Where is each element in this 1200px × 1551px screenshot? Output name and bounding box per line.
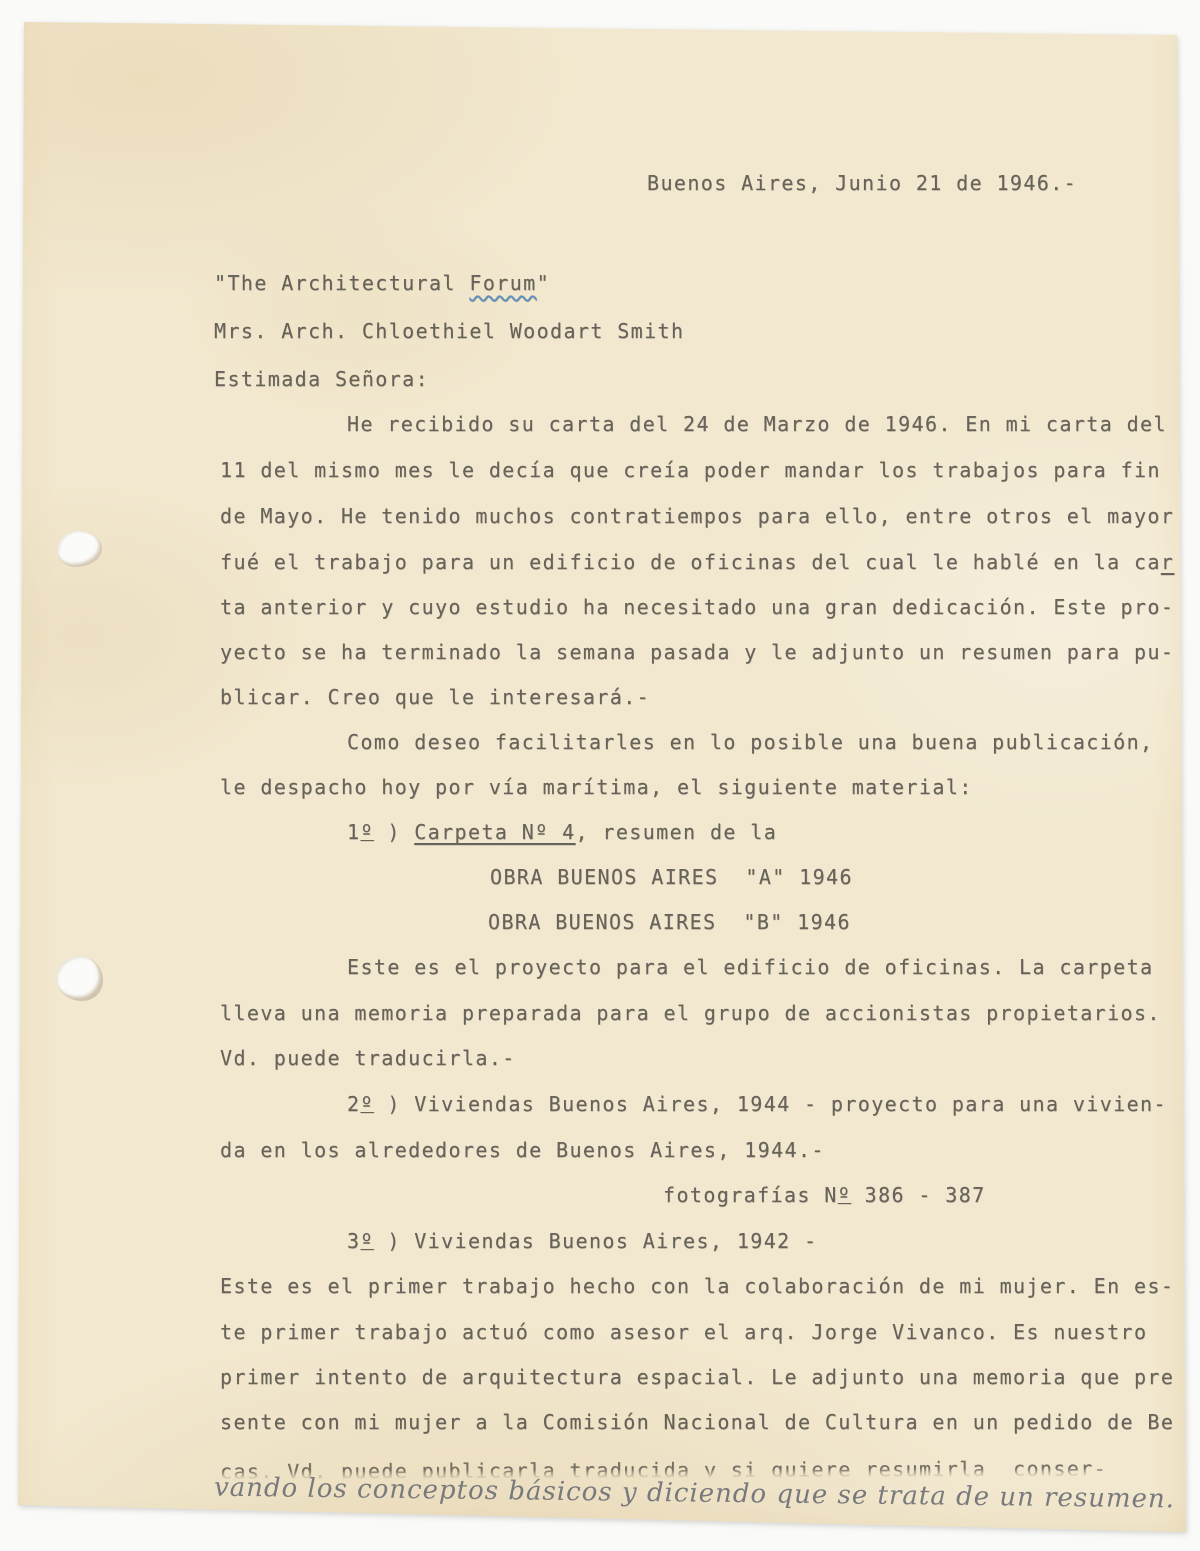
text-segment: 11 del mismo mes le decía que creía pode… (220, 458, 1161, 482)
letter-line: blicar. Creo que le interesará.- (220, 686, 650, 709)
letter-line: 2º ) Viviendas Buenos Aires, 1944 - proy… (347, 1093, 1167, 1116)
text-segment: , resumen de la (576, 820, 778, 844)
text-segment: lleva una memoria preparada para el grup… (220, 1001, 1161, 1025)
paper-shadow: Buenos Aires, Junio 21 de 1946.-"The Arc… (0, 0, 1200, 1551)
letter-line: sente con mi mujer a la Comisión Naciona… (220, 1411, 1174, 1434)
text-segment: Estimada Señora: (214, 367, 429, 391)
text-segment: yecto se ha terminado la semana pasada y… (220, 640, 1174, 664)
letter-line: primer intento de arquitectura espacial.… (220, 1366, 1174, 1389)
text-segment: fotografías N (663, 1183, 838, 1207)
letter-line: OBRA BUENOS AIRES "A" 1946 (490, 866, 853, 889)
text-segment: Este es el proyecto para el edificio de … (347, 955, 1153, 979)
letter-line: yecto se ha terminado la semana pasada y… (220, 641, 1174, 664)
recipient-name: Mrs. Arch. Chloethiel Woodart Smith (214, 320, 684, 343)
text-segment: Este es el primer trabajo hecho con la c… (220, 1274, 1174, 1298)
text-segment: Carpeta Nº 4 (414, 820, 575, 844)
text-segment: te primer trabajo actuó como asesor el a… (220, 1320, 1147, 1344)
text-segment: sente con mi mujer a la Comisión Naciona… (220, 1410, 1174, 1434)
salutation: Estimada Señora: (214, 368, 429, 391)
text-segment: 2 (347, 1092, 360, 1116)
letter-line: Como deseo facilitarles en lo posible un… (347, 731, 1153, 754)
letter-line: 3º ) Viviendas Buenos Aires, 1942 - (347, 1230, 817, 1253)
text-segment: " (537, 271, 550, 295)
text-segment: ) (374, 820, 414, 844)
text-segment: ) Viviendas Buenos Aires, 1944 - proyect… (374, 1092, 1167, 1116)
text-segment: ta anterior y cuyo estudio ha necesitado… (220, 595, 1174, 619)
text-segment: primer intento de arquitectura espacial.… (220, 1365, 1174, 1389)
letter-line: lleva una memoria preparada para el grup… (220, 1002, 1161, 1025)
letter-line: 11 del mismo mes le decía que creía pode… (220, 459, 1161, 482)
punch-hole-bottom (56, 956, 103, 1001)
text-segment: º (360, 1092, 373, 1116)
letter-line: te primer trabajo actuó como asesor el a… (220, 1321, 1147, 1344)
text-segment: OBRA BUENOS AIRES "A" 1946 (490, 865, 853, 889)
scanned-letter: Buenos Aires, Junio 21 de 1946.-"The Arc… (0, 0, 1200, 1551)
letter-line: OBRA BUENOS AIRES "B" 1946 (488, 911, 851, 934)
text-segment: 1 (347, 820, 360, 844)
text-segment: Como deseo facilitarles en lo posible un… (347, 730, 1153, 754)
dateline: Buenos Aires, Junio 21 de 1946.- (647, 172, 1077, 195)
letter-line: Este es el primer trabajo hecho con la c… (220, 1275, 1174, 1298)
text-segment: º (360, 1229, 373, 1253)
letter-page: Buenos Aires, Junio 21 de 1946.-"The Arc… (0, 0, 1200, 1551)
text-segment: 386 - 387 (851, 1183, 985, 1207)
text-segment: r (1161, 550, 1174, 574)
text-segment: ) Viviendas Buenos Aires, 1942 - (374, 1229, 818, 1253)
text-segment: Mrs. Arch. Chloethiel Woodart Smith (214, 319, 684, 343)
text-segment: º (838, 1183, 851, 1207)
letter-line: fotografías Nº 386 - 387 (663, 1184, 986, 1207)
letter-line: de Mayo. He tenido muchos contratiempos … (220, 505, 1174, 528)
text-segment: "The Architectural (214, 271, 469, 295)
text-segment: le despacho hoy por vía marítima, el sig… (220, 775, 973, 799)
text-segment: Vd. puede traducirla.- (220, 1046, 516, 1070)
text-segment: OBRA BUENOS AIRES "B" 1946 (488, 910, 851, 934)
letter-line: Vd. puede traducirla.- (220, 1047, 516, 1070)
text-segment: 3 (347, 1229, 360, 1253)
text-segment: º (360, 820, 373, 844)
text-segment: da en los alrededores de Buenos Aires, 1… (220, 1138, 825, 1162)
letter-line: He recibido su carta del 24 de Marzo de … (347, 413, 1167, 436)
text-segment: Buenos Aires, Junio 21 de 1946.- (647, 171, 1077, 195)
letter-line: 1º ) Carpeta Nº 4, resumen de la (347, 821, 777, 844)
text-segment: He recibido su carta del 24 de Marzo de … (347, 412, 1167, 436)
letter-line: fué el trabajo para un edificio de ofici… (220, 551, 1174, 574)
letter-line: le despacho hoy por vía marítima, el sig… (220, 776, 973, 799)
letter-line: Este es el proyecto para el edificio de … (347, 956, 1153, 979)
text-segment: de Mayo. He tenido muchos contratiempos … (220, 504, 1174, 528)
blue-underlined-word: Forum (469, 271, 536, 295)
text-segment: blicar. Creo que le interesará.- (220, 685, 650, 709)
recipient-org: "The Architectural Forum" (214, 272, 550, 295)
letter-line: da en los alrededores de Buenos Aires, 1… (220, 1139, 825, 1162)
letter-line: ta anterior y cuyo estudio ha necesitado… (220, 596, 1174, 619)
text-segment: fué el trabajo para un edificio de ofici… (220, 550, 1161, 574)
